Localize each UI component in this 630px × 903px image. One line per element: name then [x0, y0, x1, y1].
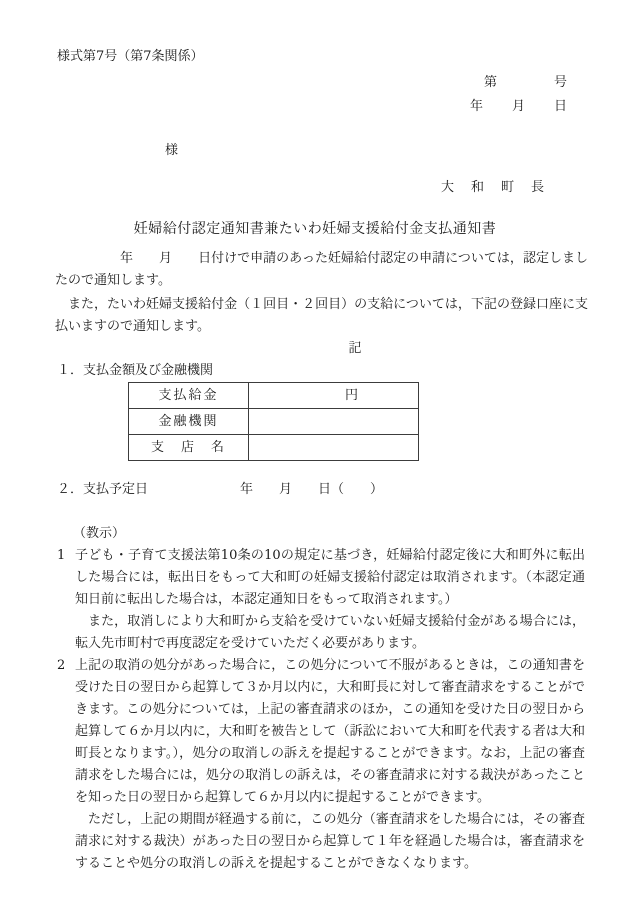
payment-table: 支払給金 円 金融機関 支 店 名 — [128, 382, 419, 461]
table-row: 支 店 名 — [129, 435, 419, 461]
row-label-branch-name: 支 店 名 — [129, 435, 249, 461]
row-value-financial-institution — [249, 409, 419, 435]
section1-heading: １．支払金額及び金融機関 — [57, 360, 630, 382]
row-label-financial-institution: 金融機関 — [129, 409, 249, 435]
form-number: 様式第7号（第7条関係） — [57, 46, 630, 68]
intro-paragraph-1: 年 月 日付けで申請のあった妊婦給付認定の申請については，認定しましたので通知し… — [55, 248, 588, 292]
ki-marker: 記 — [0, 338, 630, 360]
addressee-honorific: 様 — [165, 143, 178, 158]
payment-date-blank: 年 月 日（ ） — [240, 482, 383, 497]
intro-paragraph-2: また，たいわ妊婦支援給付金（１回目・２回目）の支給については，下記の登録口座に支… — [55, 294, 588, 338]
note-item-1: 1 子ども・子育て支援法第10条の10の規定に基づき，妊婦給付認定後に大和町外に… — [57, 545, 585, 655]
note-item-2-number: 2 — [57, 655, 65, 677]
note-item-1-paragraph-2: また，取消しにより大和町から支給を受けていない妊婦支援給付金がある場合には，転入… — [75, 611, 585, 655]
addressee-line: 様 — [165, 140, 630, 162]
section2-line: ２．支払予定日年 月 日（ ） — [57, 479, 630, 501]
document-title: 妊婦給付認定通知書兼たいわ妊婦支援給付金支払通知書 — [0, 218, 630, 240]
doc-number-line: 第 号 — [0, 72, 630, 94]
table-row: 金融機関 — [129, 409, 419, 435]
note-item-1-number: 1 — [57, 545, 65, 567]
table-row: 支払給金 円 — [129, 383, 419, 409]
note-item-2-paragraph-1: 上記の取消の処分があった場合に，この処分について不服があるときは，この通知書を受… — [75, 655, 585, 809]
sender-title: 大 和 町 長 — [0, 177, 630, 199]
document-page: 様式第7号（第7条関係） 第 号 年 月 日 様 大 和 町 長 妊婦給付認定通… — [0, 0, 630, 903]
date-line: 年 月 日 — [0, 96, 630, 118]
row-value-payment-benefit: 円 — [249, 383, 419, 409]
note-item-1-paragraph-1: 子ども・子育て支援法第10条の10の規定に基づき，妊婦給付認定後に大和町外に転出… — [75, 545, 585, 611]
row-value-branch-name — [249, 435, 419, 461]
section2-heading: ２．支払予定日 — [57, 482, 148, 497]
notes-heading: （教示） — [73, 523, 630, 545]
note-item-2-paragraph-2: ただし，上記の期間が経過する前に，この処分（審査請求をした場合には，その審査請求… — [75, 809, 585, 875]
row-label-payment-benefit: 支払給金 — [129, 383, 249, 409]
note-item-2: 2 上記の取消の処分があった場合に，この処分について不服があるときは，この通知書… — [57, 655, 585, 875]
